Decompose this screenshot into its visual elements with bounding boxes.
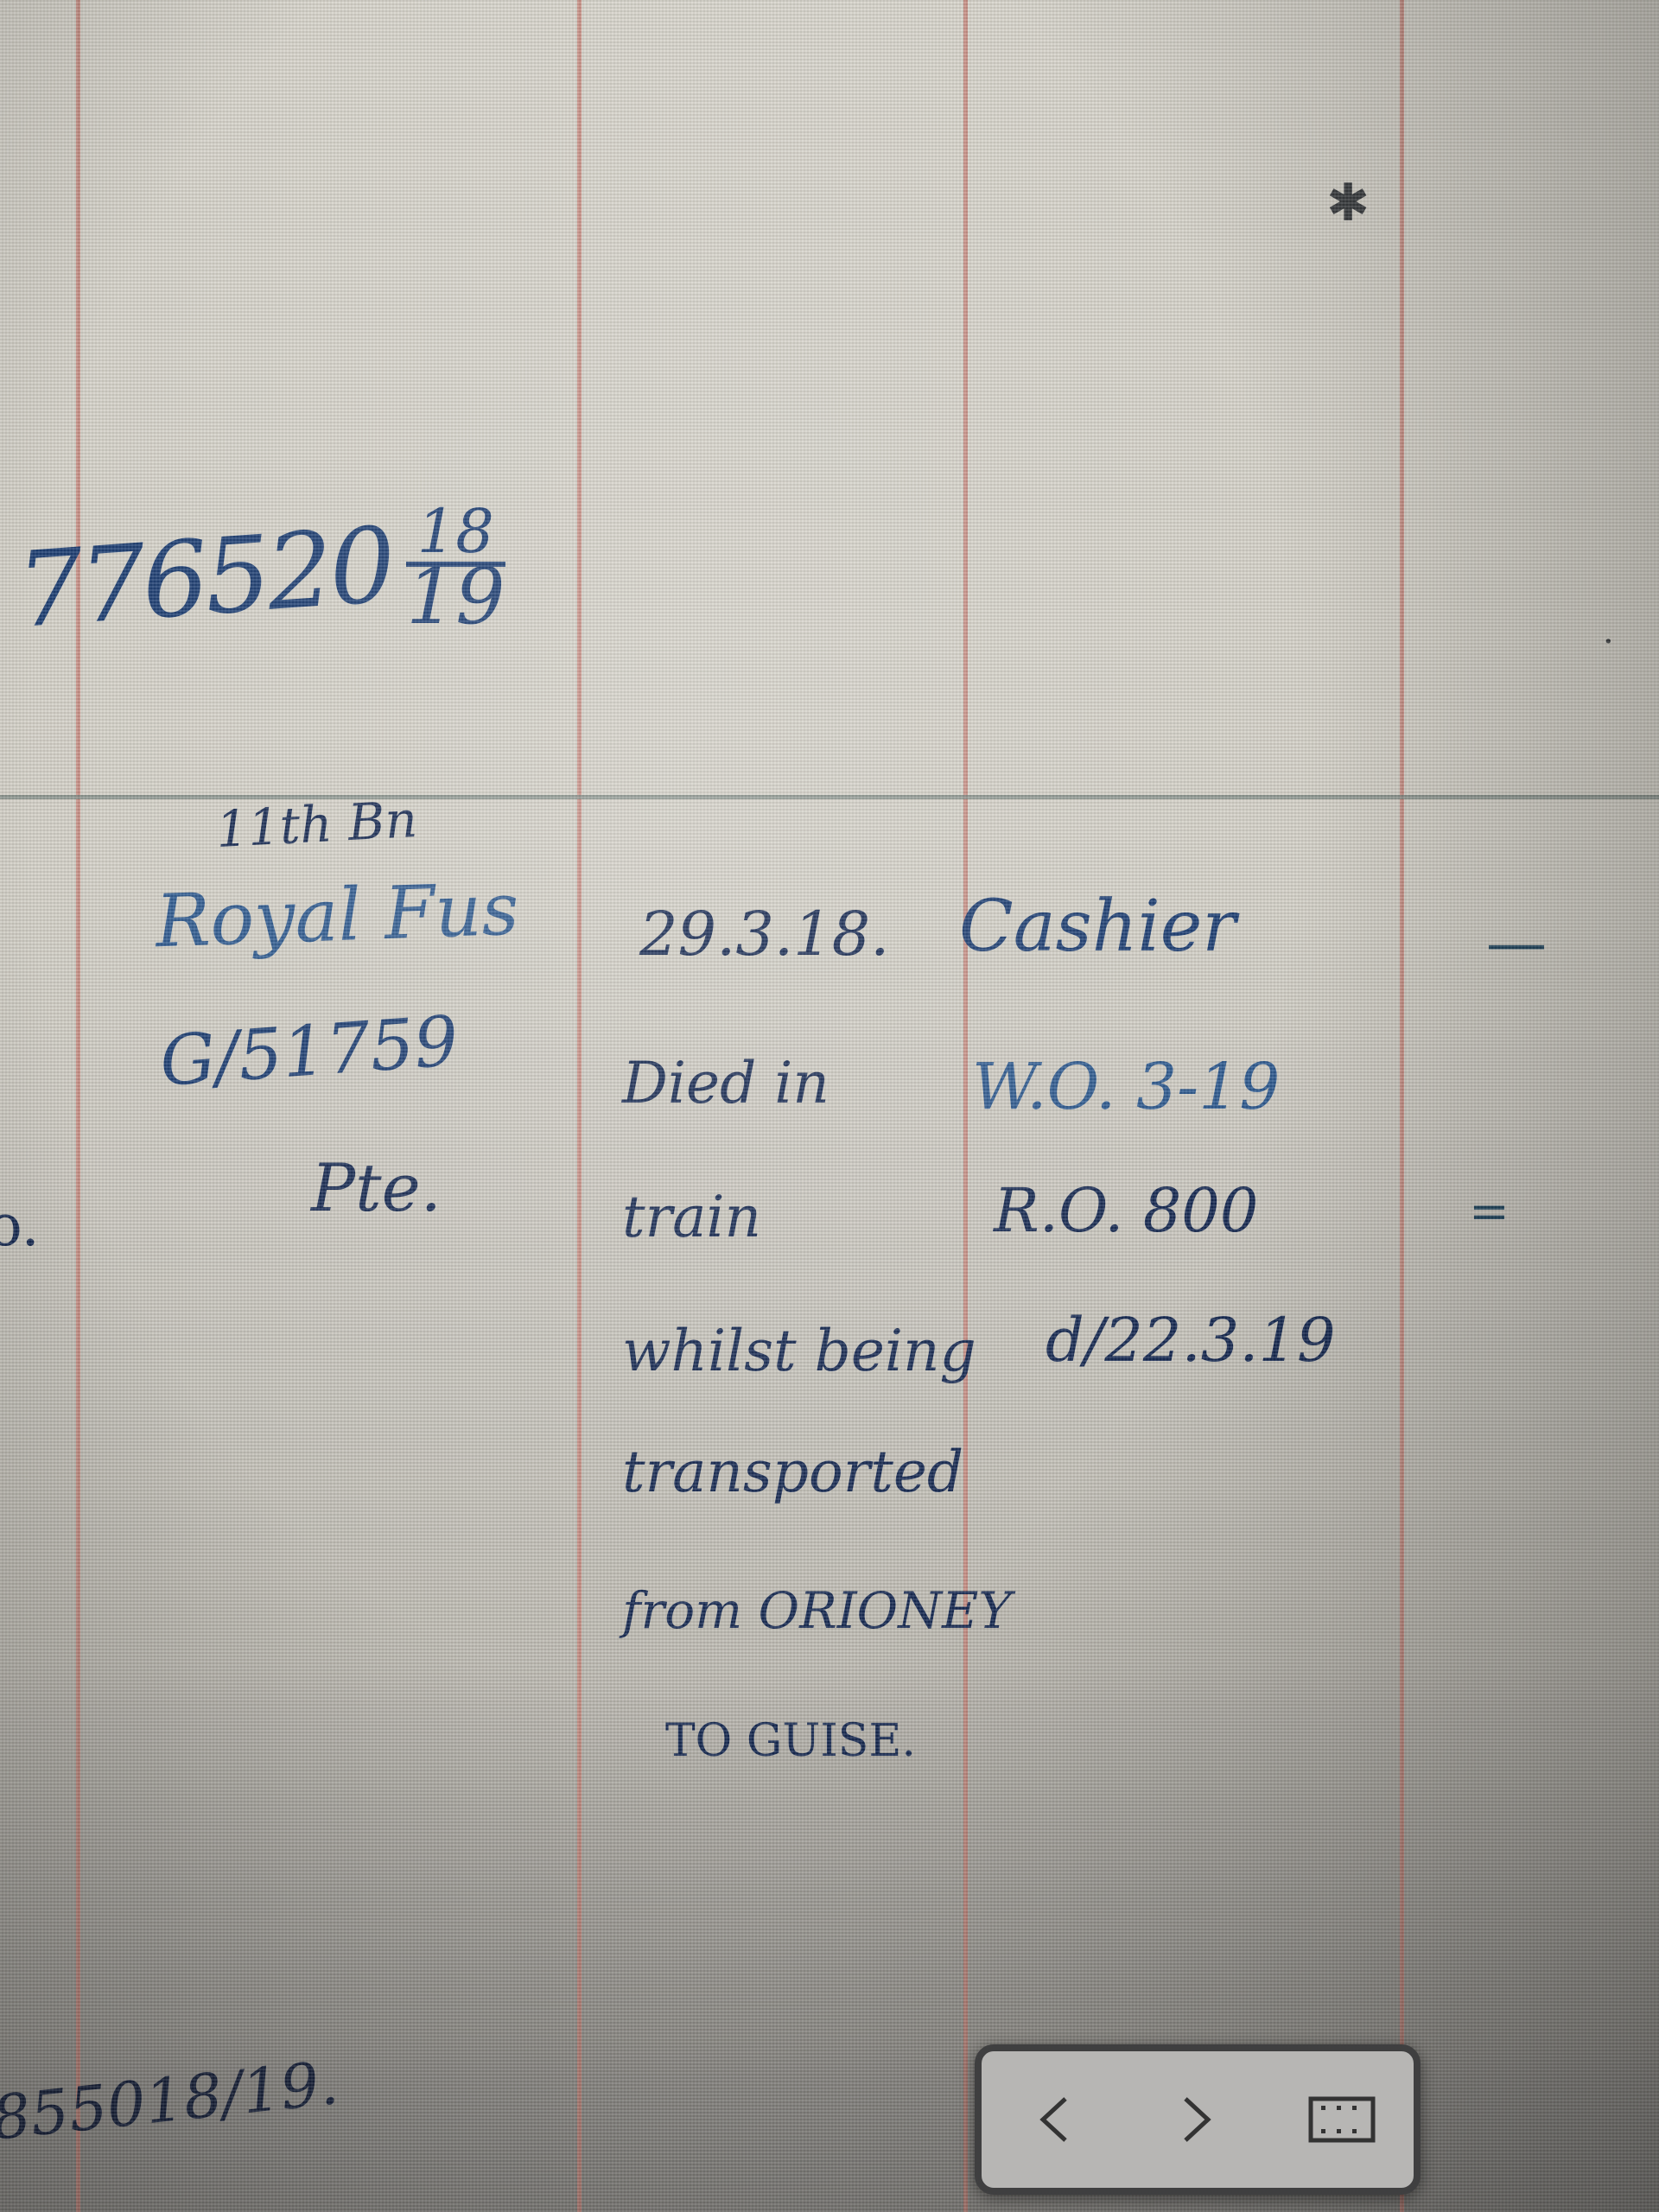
reference-years: 18 19 bbox=[406, 501, 505, 627]
note-line-right: R.O. 800 bbox=[994, 1175, 1258, 1246]
gallery-button[interactable] bbox=[1269, 2051, 1414, 2188]
regiment: Royal Fus bbox=[154, 867, 520, 964]
reference-number: 776520 bbox=[14, 505, 397, 652]
event: Cashier bbox=[959, 886, 1236, 968]
margin-equals: = bbox=[1469, 1184, 1510, 1240]
column-rule-2 bbox=[577, 0, 582, 2212]
service-number: G/51759 bbox=[157, 1001, 461, 1102]
image-viewer-nav bbox=[975, 2044, 1421, 2195]
margin-dash: — bbox=[1486, 907, 1547, 978]
note-line: from ORIONEY bbox=[622, 1581, 1012, 1640]
filmstrip-icon bbox=[1307, 2095, 1376, 2144]
next-entry-years: 18/19. bbox=[142, 2047, 341, 2138]
next-button[interactable] bbox=[1126, 2051, 1270, 2188]
note-line: train bbox=[622, 1184, 761, 1250]
event-date: 29.3.18. bbox=[639, 899, 889, 969]
note-line: whilst being bbox=[622, 1318, 976, 1384]
stray-dot: · bbox=[1603, 622, 1614, 662]
note-line: transported bbox=[622, 1439, 963, 1505]
note-line-right: W.O. 3-19 bbox=[972, 1050, 1280, 1124]
next-entry-number: 8550 bbox=[0, 2068, 149, 2154]
stray-mark: ✱ bbox=[1326, 173, 1370, 233]
photo-vignette bbox=[0, 0, 1659, 2212]
column-rule-1 bbox=[76, 0, 80, 2212]
chevron-left-icon bbox=[1036, 2095, 1071, 2144]
rank: Pte. bbox=[311, 1149, 442, 1226]
chevron-right-icon bbox=[1180, 2095, 1215, 2144]
previous-button[interactable] bbox=[982, 2051, 1126, 2188]
reference-year-bottom: 19 bbox=[406, 567, 505, 627]
column-rule-3 bbox=[963, 0, 968, 2212]
screen-texture bbox=[0, 0, 1659, 2212]
note-line: Died in bbox=[622, 1050, 829, 1116]
battalion: 11th Bn bbox=[214, 790, 418, 859]
note-line-right: d/22.3.19 bbox=[1046, 1305, 1336, 1376]
margin-left-mark: o. bbox=[0, 1192, 40, 1259]
next-entry-reference: 855018/19. bbox=[0, 2047, 341, 2154]
note-line: TO GUISE. bbox=[665, 1715, 916, 1767]
column-rule-4 bbox=[1400, 0, 1404, 2212]
